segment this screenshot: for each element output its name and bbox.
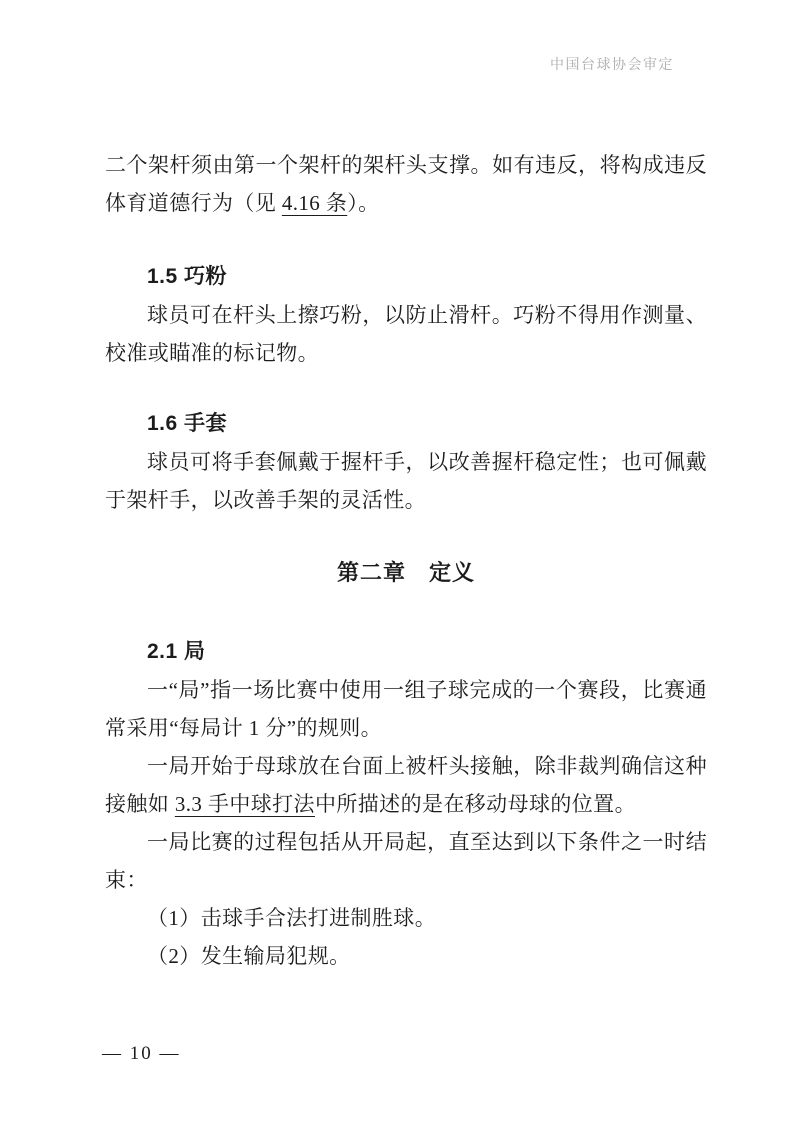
paragraph-bridge-continuation: 二个架杆须由第一个架杆的架杆头支撑。如有违反，将构成违反体育道德行为（见 4.1… bbox=[105, 146, 707, 222]
section-heading-2-1-rack: 2.1 局 bbox=[105, 633, 707, 671]
text-segment: 中所描述的是在移动母球的位置。 bbox=[315, 792, 636, 816]
document-content: 二个架杆须由第一个架杆的架杆头支撑。如有违反，将构成违反体育道德行为（见 4.1… bbox=[105, 146, 707, 975]
document-page: 中国台球协会审定 二个架杆须由第一个架杆的架杆头支撑。如有违反，将构成违反体育道… bbox=[0, 0, 794, 1123]
list-item-2: （2）发生输局犯规。 bbox=[105, 937, 707, 975]
paragraph-chalk: 球员可在杆头上擦巧粉，以防止滑杆。巧粉不得用作测量、校准或瞄准的标记物。 bbox=[105, 296, 707, 372]
header-approval-text: 中国台球协会审定 bbox=[550, 54, 674, 74]
chapter-2-title: 第二章 定义 bbox=[105, 553, 707, 593]
paragraph-rack-definition: 一“局”指一场比赛中使用一组子球完成的一个赛段，比赛通常采用“每局计 1 分”的… bbox=[105, 671, 707, 747]
section-heading-1-6-gloves: 1.6 手套 bbox=[105, 405, 707, 443]
cross-ref-link-4-16[interactable]: 4.16 条 bbox=[282, 191, 347, 215]
paragraph-gloves: 球员可将手套佩戴于握杆手，以改善握杆稳定性；也可佩戴于架杆手，以改善手架的灵活性… bbox=[105, 443, 707, 519]
section-heading-1-5-chalk: 1.5 巧粉 bbox=[105, 258, 707, 296]
paragraph-rack-start: 一局开始于母球放在台面上被杆头接触，除非裁判确信这种接触如 3.3 手中球打法中… bbox=[105, 747, 707, 823]
text-segment: 二个架杆须由第一个架杆的架杆头支撑。如有违反，将构成违反体育道德行为（见 bbox=[105, 153, 707, 215]
list-item-1: （1）击球手合法打进制胜球。 bbox=[105, 899, 707, 937]
cross-ref-link-3-3[interactable]: 3.3 手中球打法 bbox=[175, 792, 315, 816]
paragraph-rack-end-conditions: 一局比赛的过程包括从开局起，直至达到以下条件之一时结束： bbox=[105, 823, 707, 899]
text-segment: ）。 bbox=[347, 191, 379, 215]
page-number-footer: — 10 — bbox=[102, 1043, 181, 1065]
